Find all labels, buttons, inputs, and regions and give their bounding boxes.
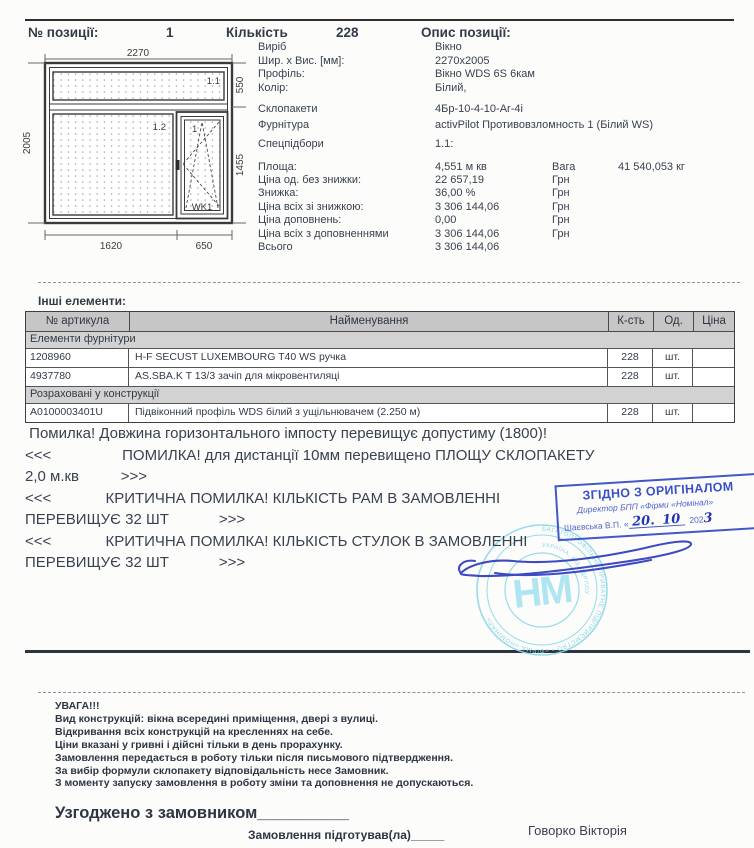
col-header-name: Найменування [129, 312, 608, 331]
error-line: <<< КРИТИЧНА ПОМИЛКА! КІЛЬКІСТЬ РАМ В ЗА… [25, 488, 594, 510]
totals-label: Знижка: [258, 187, 435, 200]
notes-heading: УВАГА!!! [55, 700, 473, 713]
totals-currency: Грн [552, 228, 618, 241]
table-section-row: Розраховані у конструкції [26, 387, 734, 404]
other-elements-table: № артикула Найменування К-сть Од. Ціна Е… [25, 311, 735, 423]
spec-row: Спецпідбори1.1: [258, 138, 750, 152]
prepared-by-label: Замовлення підготував(ла)_____ [248, 828, 444, 842]
top-divider [25, 19, 734, 21]
spec-label: Виріб [258, 41, 435, 55]
dim-top-pane-height: 550 [235, 76, 246, 93]
totals-label: Ціна всіх зі знижкою: [258, 201, 435, 214]
totals-value: 0,00 [435, 214, 552, 227]
totals-value: 3 306 144,06 [435, 241, 552, 254]
totals-extra: 41 540,053 кг [618, 161, 685, 174]
spec-rows: ВирібВікноШир. х Вис. [мм]:2270х2005Проф… [258, 41, 750, 152]
table-body: Елементи фурнітури1208960H-F SECUST LUXE… [26, 332, 734, 422]
totals-value: 3 306 144,06 [435, 201, 552, 214]
totals-row: Знижка:36,00 %Грн [258, 187, 750, 200]
bottom-divider [25, 650, 750, 653]
spec-value: Вікно WDS 6S 6кам [435, 68, 535, 82]
spec-label: Склопакети [258, 103, 435, 117]
spec-value: 4Бр-10-4-10-Ar-4i [435, 103, 523, 117]
totals-rows: Площа:4,551 м квВага41 540,053 кгЦіна од… [258, 161, 750, 255]
table-item-row: 1208960H-F SECUST LUXEMBOURG T40 WS ручк… [26, 349, 734, 368]
totals-row: Всього3 306 144,06 [258, 241, 750, 254]
article-number-cell: A0100003401U [26, 404, 129, 422]
unit-cell: шт. [653, 349, 693, 367]
totals-currency [552, 241, 618, 254]
spec-value: Білий, [435, 82, 466, 96]
scanned-order-document: № позиції: 1 Кількість 228 Опис позиції:… [0, 0, 754, 848]
dashed-divider-bottom [38, 692, 745, 693]
table-header-row: № артикула Найменування К-сть Од. Ціна [26, 312, 734, 332]
totals-row: Ціна доповнень:0,00Грн [258, 214, 750, 227]
price-cell [693, 404, 734, 422]
quantity-cell: 228 [608, 349, 653, 367]
spec-row: Шир. х Вис. [мм]:2270х2005 [258, 55, 750, 69]
totals-label: Ціна од. без знижки: [258, 174, 435, 187]
totals-value: 3 306 144,06 [435, 228, 552, 241]
error-line: <<< ПОМИЛКА! для дистанції 10мм перевище… [25, 445, 594, 467]
notes-block: УВАГА!!! Вид конструкцій: вікна всередин… [55, 700, 473, 790]
spec-label: Спецпідбори [258, 138, 435, 152]
stamp-year-printed: 202 [689, 514, 704, 525]
quantity-cell: 228 [608, 368, 653, 386]
sash-glass [185, 120, 221, 211]
note-line: Вид конструкцій: вікна всередині приміще… [55, 713, 473, 726]
totals-currency: Грн [552, 201, 618, 214]
spec-label: Профіль: [258, 68, 435, 82]
dim-sash-height: 1455 [235, 153, 246, 176]
sash-handle [176, 160, 180, 170]
note-line: За вибір формули склопакету відповідальн… [55, 765, 473, 778]
note-line: Відкривання всіх конструкцій на кресленн… [55, 726, 473, 739]
article-number-cell: 1208960 [26, 349, 129, 367]
agreed-with-customer-line: Узгоджено з замовником__________ [55, 804, 349, 823]
main-pane-label: 1.2 [153, 122, 166, 133]
spec-value: 2270х2005 [435, 55, 489, 69]
totals-currency: Вага [552, 161, 618, 174]
totals-value: 36,00 % [435, 187, 552, 200]
position-description: ВирібВікноШир. х Вис. [мм]:2270х2005Проф… [258, 41, 750, 254]
price-cell [693, 368, 734, 386]
totals-row: Ціна всіх з доповненнями3 306 144,06Грн [258, 228, 750, 241]
top-pane-label: 1.1 [207, 76, 220, 87]
totals-currency: Грн [552, 214, 618, 227]
spec-value: 1.1: [435, 138, 453, 152]
col-header-unit: Од. [653, 312, 693, 331]
spec-label: Шир. х Вис. [мм]: [258, 55, 435, 69]
other-elements-title: Інші елементи: [38, 294, 126, 308]
spec-value: activPilot Противовзломность 1 (Білий WS… [435, 119, 653, 133]
spec-label: Фурнітура [258, 119, 435, 133]
handwritten-year-digit: 3 [703, 514, 713, 525]
dashed-divider-top [38, 282, 740, 283]
window-drawing: 2270 1.1 1.2 1 WK1 2005 550 1455 [16, 36, 252, 268]
note-line: З моменту запуску замовлення в роботу зм… [55, 777, 473, 790]
totals-label: Ціна всіх з доповненнями [258, 228, 435, 241]
sash-index-label: 1 [192, 124, 197, 135]
table-item-row: 4937780AS.SBA.K T 13/3 зачіп для мікрове… [26, 368, 734, 387]
spec-row: Колір:Білий, [258, 82, 750, 96]
article-number-cell: 4937780 [26, 368, 129, 386]
item-name-cell: H-F SECUST LUXEMBOURG T40 WS ручка [129, 349, 608, 367]
totals-row: Ціна всіх зі знижкою:3 306 144,06Грн [258, 201, 750, 214]
handwritten-month: 10 [658, 514, 685, 527]
spec-value: Вікно [435, 41, 462, 55]
description-label: Опис позиції: [421, 25, 511, 40]
notes-lines: Вид конструкцій: вікна всередині приміще… [55, 713, 473, 790]
spec-row: Профіль:Вікно WDS 6S 6кам [258, 68, 750, 82]
totals-row: Площа:4,551 м квВага41 540,053 кг [258, 161, 750, 174]
totals-label: Площа: [258, 161, 435, 174]
spec-row: ФурнітураactivPilot Противовзломность 1 … [258, 119, 750, 133]
totals-currency: Грн [552, 174, 618, 187]
unit-cell: шт. [653, 368, 693, 386]
top-glass-pane [53, 72, 224, 100]
table-section-row: Елементи фурнітури [26, 332, 734, 349]
totals-value: 4,551 м кв [435, 161, 552, 174]
dim-height-total: 2005 [22, 131, 33, 154]
col-header-article: № артикула [26, 312, 129, 331]
spec-label: Колір: [258, 82, 435, 96]
handwritten-signature [455, 527, 700, 593]
quantity-value: 228 [336, 25, 359, 40]
totals-value: 22 657,19 [435, 174, 552, 187]
item-name-cell: AS.SBA.K T 13/3 зачіп для мікровентиляці [129, 368, 608, 386]
table-item-row: A0100003401UПідвіконний профіль WDS біли… [26, 404, 734, 422]
col-header-qty: К-сть [608, 312, 653, 331]
spec-row: Склопакети4Бр-10-4-10-Ar-4i [258, 103, 750, 117]
prepared-by-name: Говорко Вікторія [528, 823, 627, 838]
dim-width-total: 2270 [127, 48, 150, 59]
spec-row: ВирібВікно [258, 41, 750, 55]
dim-bottom-right: 650 [196, 241, 213, 252]
col-header-price: Ціна [693, 312, 734, 331]
totals-label: Ціна доповнень: [258, 214, 435, 227]
error-line: Помилка! Довжина горизонтального імпосту… [25, 423, 594, 445]
error-line: 2,0 м.кв >>> [25, 466, 594, 488]
dim-bottom-left: 1620 [100, 241, 123, 252]
totals-row: Ціна од. без знижки:22 657,19Грн [258, 174, 750, 187]
quantity-cell: 228 [608, 404, 653, 422]
sash-label: WK1 [192, 202, 213, 213]
totals-currency: Грн [552, 187, 618, 200]
totals-label: Всього [258, 241, 435, 254]
note-line: Ціни вказані у гривні і дійсні тільки в … [55, 739, 473, 752]
unit-cell: шт. [653, 404, 693, 422]
note-line: Замовлення передається в роботу тільки п… [55, 752, 473, 765]
item-name-cell: Підвіконний профіль WDS білий з ущільнюв… [129, 404, 608, 422]
price-cell [693, 349, 734, 367]
